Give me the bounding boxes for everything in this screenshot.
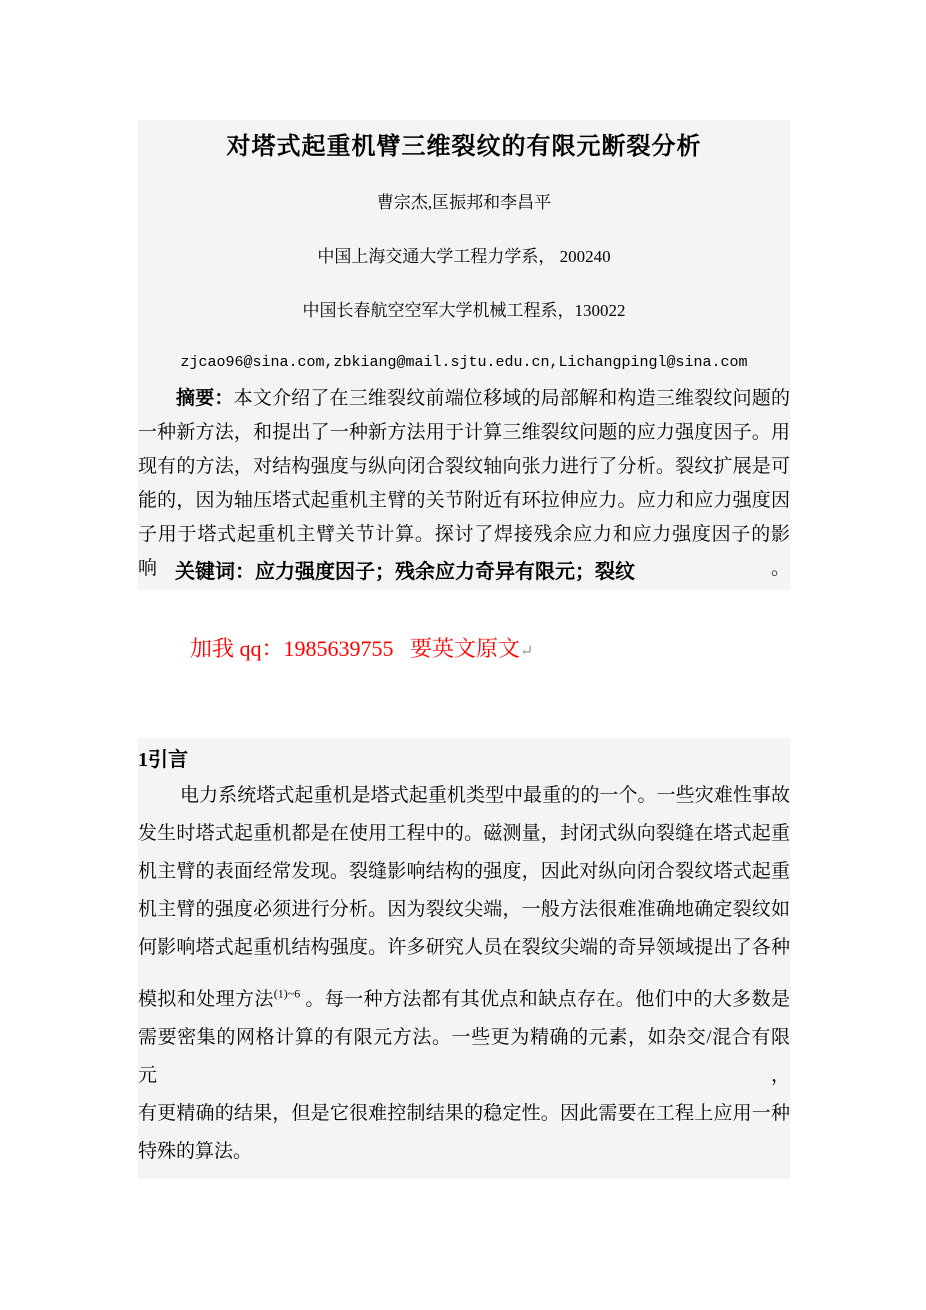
- intro-paragraph-2: 模拟和处理方法(1)~6 。每一种方法都有其优点和缺点存在。他们中的大多数是 需…: [138, 981, 790, 1171]
- document-page: 对塔式起重机臂三维裂纹的有限元断裂分析 曹宗杰,匡振邦和李昌平 中国上海交通大学…: [0, 0, 926, 1310]
- intro-p2-first-line: 模拟和处理方法(1)~6 。每一种方法都有其优点和缺点存在。他们中的大多数是: [138, 981, 790, 1019]
- intro-p1-line: 发生时塔式起重机都是在使用工程中的。磁测量，封闭式纵向裂缝在塔式起重: [138, 815, 790, 853]
- intro-p1-line: 机主臂的表面经常发现。裂缝影响结构的强度，因此对纵向闭合裂纹塔式起重: [138, 853, 790, 891]
- intro-paragraph-1: 电力系统塔式起重机是塔式起重机类型中最重的的一个。一些灾难性事故 发生时塔式起重…: [138, 777, 790, 967]
- reference-superscript: (1)~6: [274, 987, 300, 1001]
- intro-p1-line: 机主臂的强度必须进行分析。因为裂纹尖端，一般方法很难准确地确定裂纹如: [138, 891, 790, 929]
- paragraph-mark-icon: ↵: [520, 643, 533, 660]
- intro-p1-first-line: 电力系统塔式起重机是塔式起重机类型中最重的的一个。一些灾难性事故: [138, 777, 790, 815]
- intro-p2-lead: 模拟和处理方法: [138, 989, 274, 1010]
- intro-p2-line: 有更精确的结果，但是它很难控制结果的稳定性。因此需要在工程上应用一种: [138, 1095, 790, 1133]
- intro-p2-lines: 需要密集的网格计算的有限元方法。一些更为精确的元素，如杂交/混合有限元，有更精确…: [138, 1019, 790, 1171]
- intro-p1-line: 何影响塔式起重机结构强度。许多研究人员在裂纹尖端的奇异领域提出了各种: [138, 929, 790, 967]
- intro-p2-line: 特殊的算法。: [138, 1133, 790, 1171]
- paper-title: 对塔式起重机臂三维裂纹的有限元断裂分析: [138, 126, 790, 168]
- keywords-line: 关键词：应力强度因子；残余应力奇异有限元；裂纹: [138, 558, 790, 586]
- emails-line: zjcao96@sina.com,zbkiang@mail.sjtu.edu.c…: [138, 350, 790, 376]
- abstract-label: 摘要：: [176, 388, 234, 409]
- intro-p1-lines: 发生时塔式起重机都是在使用工程中的。磁测量，封闭式纵向裂缝在塔式起重机主臂的表面…: [138, 815, 790, 967]
- promo-line: 加我 qq：1985639755 要英文原文↵: [190, 631, 533, 670]
- title-block: 对塔式起重机臂三维裂纹的有限元断裂分析 曹宗杰,匡振邦和李昌平 中国上海交通大学…: [138, 120, 790, 590]
- abstract-line: 一种新方法，和提出了一种新方法用于计算三维裂纹问题的应力强度因子。用: [138, 416, 790, 450]
- section-heading: 1引言: [138, 743, 790, 777]
- intro-p2-after-sup: 。每一种方法都有其优点和缺点存在。他们中的大多数是: [300, 989, 790, 1010]
- abstract-first-line: 摘要：本文介绍了在三维裂纹前端位移域的局部解和构造三维裂纹问题的: [138, 382, 790, 416]
- promo-text: 加我 qq：1985639755 要英文原文: [190, 636, 520, 661]
- affiliation-2: 中国长春航空空军大学机械工程系，130022: [138, 298, 790, 324]
- abstract-first-line-text: 本文介绍了在三维裂纹前端位移域的局部解和构造三维裂纹问题的: [234, 388, 790, 409]
- intro-block: 1引言 电力系统塔式起重机是塔式起重机类型中最重的的一个。一些灾难性事故 发生时…: [138, 738, 790, 1179]
- abstract-line: 现有的方法，对结构强度与纵向闭合裂纹轴向张力进行了分析。裂纹扩展是可: [138, 450, 790, 484]
- abstract-paragraph: 摘要：本文介绍了在三维裂纹前端位移域的局部解和构造三维裂纹问题的 一种新方法，和…: [138, 382, 790, 586]
- intro-p2-line: 需要密集的网格计算的有限元方法。一些更为精确的元素，如杂交/混合有限元，: [138, 1019, 790, 1095]
- abstract-line: 能的，因为轴压塔式起重机主臂的关节附近有环拉伸应力。应力和应力强度因: [138, 484, 790, 518]
- affiliation-1: 中国上海交通大学工程力学系， 200240: [138, 244, 790, 270]
- authors-line: 曹宗杰,匡振邦和李昌平: [138, 190, 790, 216]
